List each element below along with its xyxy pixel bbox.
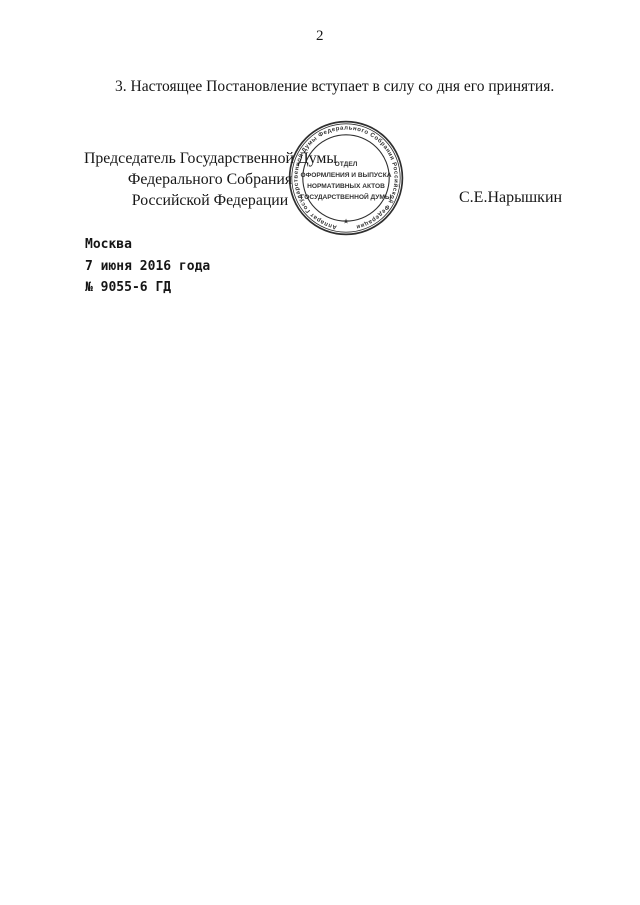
document-page: 2 3. Настоящее Постановление вступает в … bbox=[0, 0, 640, 905]
stamp-center-text-line-1: ОТДЕЛ bbox=[335, 161, 358, 168]
stamp-center-text-line-2: ОФОРМЛЕНИЯ И ВЫПУСКА bbox=[301, 172, 392, 179]
stamp-star-icon: ★ bbox=[343, 218, 349, 226]
issue-date: 7 июня 2016 года bbox=[85, 256, 210, 278]
issue-details-block: Москва 7 июня 2016 года № 9055-6 ГД bbox=[85, 234, 210, 299]
issue-number: № 9055-6 ГД bbox=[85, 277, 210, 299]
decree-clause-text: 3. Настоящее Постановление вступает в си… bbox=[85, 76, 557, 97]
issue-city: Москва bbox=[85, 234, 210, 256]
stamp-center-text-line-3: НОРМАТИВНЫХ АКТОВ bbox=[307, 183, 385, 190]
signatory-name: С.Е.Нарышкин bbox=[459, 189, 562, 207]
page-number: 2 bbox=[0, 28, 640, 45]
stamp-center-text-line-4: ГОСУДАРСТВЕННОЙ ДУМЫ bbox=[301, 192, 392, 201]
official-stamp-icon: Аппарат Государственной Думы Федеральног… bbox=[287, 119, 405, 237]
